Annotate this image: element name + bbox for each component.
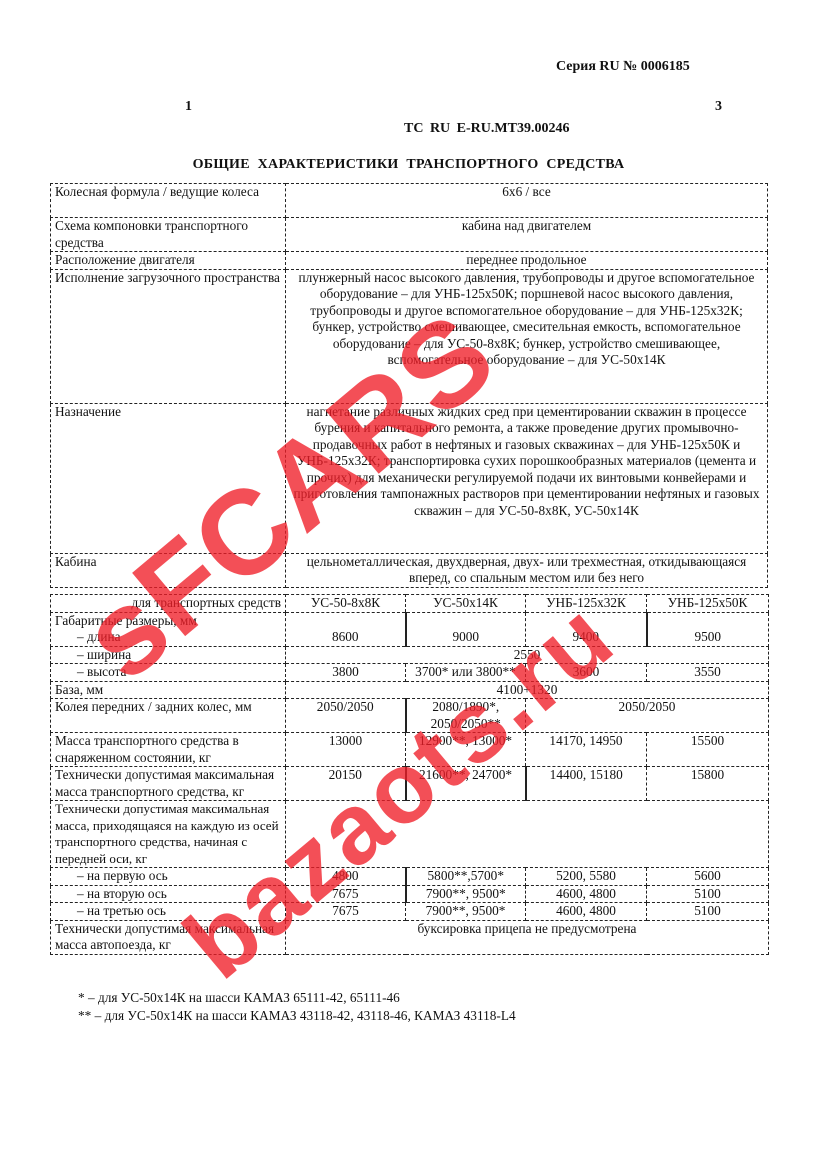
table-row: Схема компоновки транспортного средства … (51, 218, 768, 252)
row-label: – на вторую ось (51, 885, 286, 903)
table-row: – на первую ось 4800 5800**,5700* 5200, … (51, 868, 769, 886)
row-label: Габаритные размеры, мм– длина (51, 612, 286, 646)
cell-value: 9400 (526, 612, 647, 646)
cell-value: 4100+1320 (286, 681, 769, 699)
row-value: кабина над двигателем (286, 218, 768, 252)
cell-value: 7675 (286, 903, 406, 921)
row-label: Схема компоновки транспортного средства (51, 218, 286, 252)
cell-value: 15800 (647, 767, 769, 801)
cell-value: 3800 (286, 664, 406, 682)
row-value: нагнетание различных жидких сред при цем… (286, 403, 768, 553)
cell-value: 5100 (647, 885, 769, 903)
cell-value: 4600, 4800 (526, 903, 647, 921)
table-row: – ширина 2550 (51, 646, 769, 664)
cell-value: 4800 (286, 868, 406, 886)
cell-value: 5800**,5700* (406, 868, 526, 886)
model-header: УС-50-8х8К (286, 595, 406, 613)
specifications-table: для транспортных средств УС-50-8х8К УС-5… (50, 594, 769, 955)
row-label: Технически допустимая максимальная масса… (51, 767, 286, 801)
row-label: Назначение (51, 403, 286, 553)
table-row: Расположение двигателя переднее продольн… (51, 252, 768, 270)
row-label: Масса транспортного средства в снаряженн… (51, 733, 286, 767)
table-header-row: для транспортных средств УС-50-8х8К УС-5… (51, 595, 769, 613)
row-label: Колея передних / задних колес, мм (51, 699, 286, 733)
row-label: Расположение двигателя (51, 252, 286, 270)
row-label: Кабина (51, 553, 286, 587)
cell-value: 3550 (647, 664, 769, 682)
serial-number: Серия RU № 0006185 (556, 59, 690, 75)
cell-value: 15500 (647, 733, 769, 767)
table-row: Габаритные размеры, мм– длина 8600 9000 … (51, 612, 769, 646)
table-row: – на третью ось 7675 7900**, 9500* 4600,… (51, 903, 769, 921)
row-label: База, мм (51, 681, 286, 699)
row-label: – ширина (51, 646, 286, 664)
cell-value: 9000 (406, 612, 526, 646)
model-header: УНБ-125х50К (647, 595, 769, 613)
row-value: плунжерный насос высокого давления, труб… (286, 269, 768, 403)
cell-value: 21600**, 24700* (406, 767, 526, 801)
page-number-right: 3 (715, 99, 722, 115)
table-row: Назначение нагнетание различных жидких с… (51, 403, 768, 553)
row-label: – высота (51, 664, 286, 682)
table-row: – на вторую ось 7675 7900**, 9500* 4600,… (51, 885, 769, 903)
dimensions-label: Габаритные размеры, мм (55, 613, 281, 630)
cell-value: 7900**, 9500* (406, 903, 526, 921)
row-label: – на первую ось (51, 868, 286, 886)
table-row: Масса транспортного средства в снаряженн… (51, 733, 769, 767)
model-header: УНБ-125х32К (526, 595, 647, 613)
footnotes: * – для УС-50х14К на шасси КАМАЗ 65111-4… (78, 989, 516, 1025)
certificate-number: ТС RU E-RU.MT39.00246 (404, 121, 569, 137)
row-label: Колесная формула / ведущие колеса (51, 184, 286, 218)
cell-value: 7675 (286, 885, 406, 903)
row-value: цельнометаллическая, двухдверная, двух- … (286, 553, 768, 587)
cell-value: 8600 (286, 612, 406, 646)
table-row: – высота 3800 3700* или 3800** 3600 3550 (51, 664, 769, 682)
table-row: Исполнение загрузочного пространства плу… (51, 269, 768, 403)
cell-value: буксировка прицепа не предусмотрена (286, 920, 769, 954)
page-number-left: 1 (185, 99, 192, 115)
cell-value: 7900**, 9500* (406, 885, 526, 903)
row-label: – на третью ось (51, 903, 286, 921)
page-title: ОБЩИЕ ХАРАКТЕРИСТИКИ ТРАНСПОРТНОГО СРЕДС… (0, 157, 817, 173)
cell-value: 9500 (647, 612, 769, 646)
cell-value: 2050/2050 (286, 699, 406, 733)
cell-value: 3700* или 3800** (406, 664, 526, 682)
cell-value: 3600 (526, 664, 647, 682)
length-label: – длина (55, 629, 281, 646)
row-label: Технически допустимая максимальная масса… (51, 801, 286, 868)
empty-cell (286, 801, 769, 868)
cell-value: 2550 (286, 646, 769, 664)
row-label: Исполнение загрузочного пространства (51, 269, 286, 403)
table-row: Технически допустимая максимальная масса… (51, 920, 769, 954)
table-row: Технически допустимая максимальная масса… (51, 767, 769, 801)
cell-value: 5100 (647, 903, 769, 921)
cell-value: 2050/2050 (526, 699, 769, 733)
cell-value: 20150 (286, 767, 406, 801)
footnote: ** – для УС-50х14К на шасси КАМАЗ 43118-… (78, 1007, 516, 1025)
table-row: Кабина цельнометаллическая, двухдверная,… (51, 553, 768, 587)
cell-value: 14400, 15180 (526, 767, 647, 801)
header-label: для транспортных средств (51, 595, 286, 613)
footnote: * – для УС-50х14К на шасси КАМАЗ 65111-4… (78, 989, 516, 1007)
cell-value: 5200, 5580 (526, 868, 647, 886)
cell-value: 4600, 4800 (526, 885, 647, 903)
table-row: Технически допустимая максимальная масса… (51, 801, 769, 868)
general-characteristics-table: Колесная формула / ведущие колеса 6х6 / … (50, 183, 768, 588)
cell-value: 5600 (647, 868, 769, 886)
row-value: 6х6 / все (286, 184, 768, 218)
row-value: переднее продольное (286, 252, 768, 270)
cell-value: 12900**, 13000* (406, 733, 526, 767)
cell-value: 13000 (286, 733, 406, 767)
model-header: УС-50х14К (406, 595, 526, 613)
cell-value: 14170, 14950 (526, 733, 647, 767)
table-row: Колесная формула / ведущие колеса 6х6 / … (51, 184, 768, 218)
table-row: Колея передних / задних колес, мм 2050/2… (51, 699, 769, 733)
table-row: База, мм 4100+1320 (51, 681, 769, 699)
cell-value: 2080/1890*, 2050/2050** (406, 699, 526, 733)
row-label: Технически допустимая максимальная масса… (51, 920, 286, 954)
